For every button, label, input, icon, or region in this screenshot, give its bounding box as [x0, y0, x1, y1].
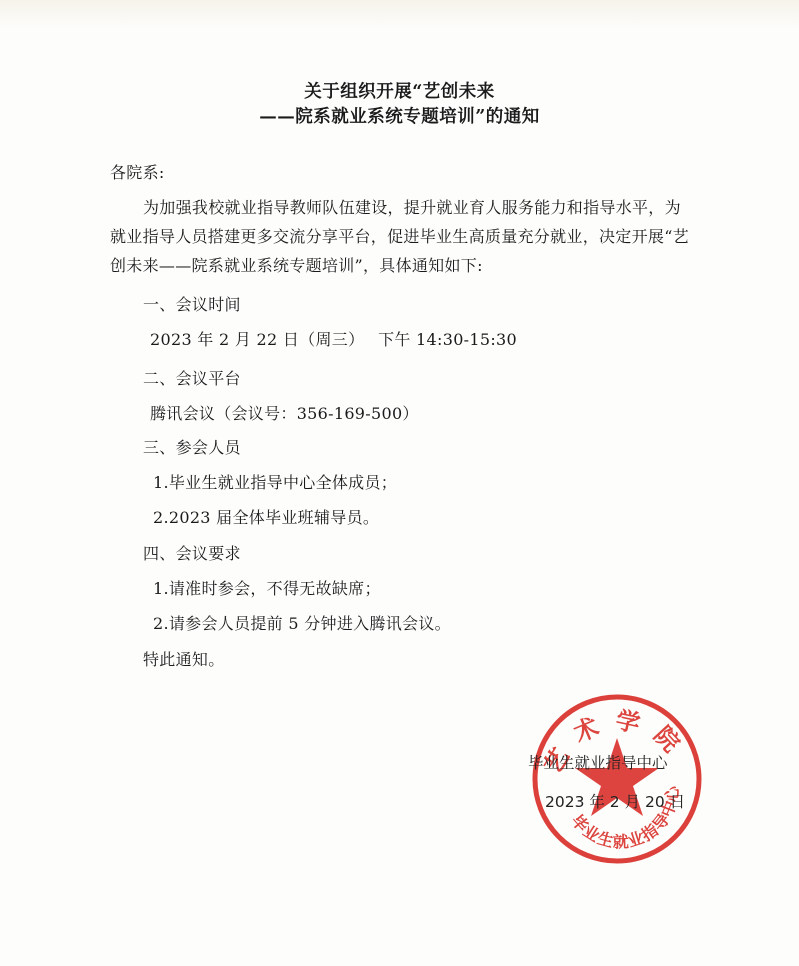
signature-date: 2023 年 2 月 20 日 — [545, 790, 685, 812]
salutation: 各院系: — [110, 160, 165, 183]
notice-title-line2: ——院系就业系统专题培训”的通知 — [0, 103, 799, 128]
section-item-requirements-2: 2.请参会人员提前 5 分钟进入腾讯会议。 — [153, 611, 451, 634]
section-item-attendees-2: 2.2023 届全体毕业班辅导员。 — [153, 505, 379, 528]
scan-edge-tint — [0, 0, 799, 30]
intro-line-1: 为加强我校就业指导教师队伍建设，提升就业育人服务能力和指导水平，为 — [143, 195, 681, 218]
intro-line-2: 就业指导人员搭建更多交流分享平台，促进毕业生高质量充分就业，决定开展“艺 — [110, 224, 689, 247]
section-item-attendees-1: 1.毕业生就业指导中心全体成员； — [153, 470, 397, 493]
section-item-requirements-1: 1.请准时参会，不得无故缺席； — [153, 576, 381, 599]
section-heading-requirements: 四、会议要求 — [143, 541, 241, 564]
closing-text: 特此通知。 — [143, 647, 225, 670]
section-item-platform: 腾讯会议（会议号：356-169-500） — [150, 401, 419, 424]
notice-title-line1: 关于组织开展“艺创未来 — [0, 78, 799, 103]
section-item-time: 2023 年 2 月 22 日（周三） 下午 14:30-15:30 — [150, 327, 517, 350]
official-seal-stamp: 艺术学院 毕业生就业指导中心 — [528, 690, 706, 868]
signature-org: 毕业生就业指导中心 — [528, 751, 668, 773]
intro-line-3: 创未来——院系就业系统专题培训”，具体通知如下: — [110, 253, 483, 276]
section-heading-attendees: 三、参会人员 — [143, 435, 241, 458]
section-heading-time: 一、会议时间 — [143, 292, 241, 315]
section-heading-platform: 二、会议平台 — [143, 366, 241, 389]
